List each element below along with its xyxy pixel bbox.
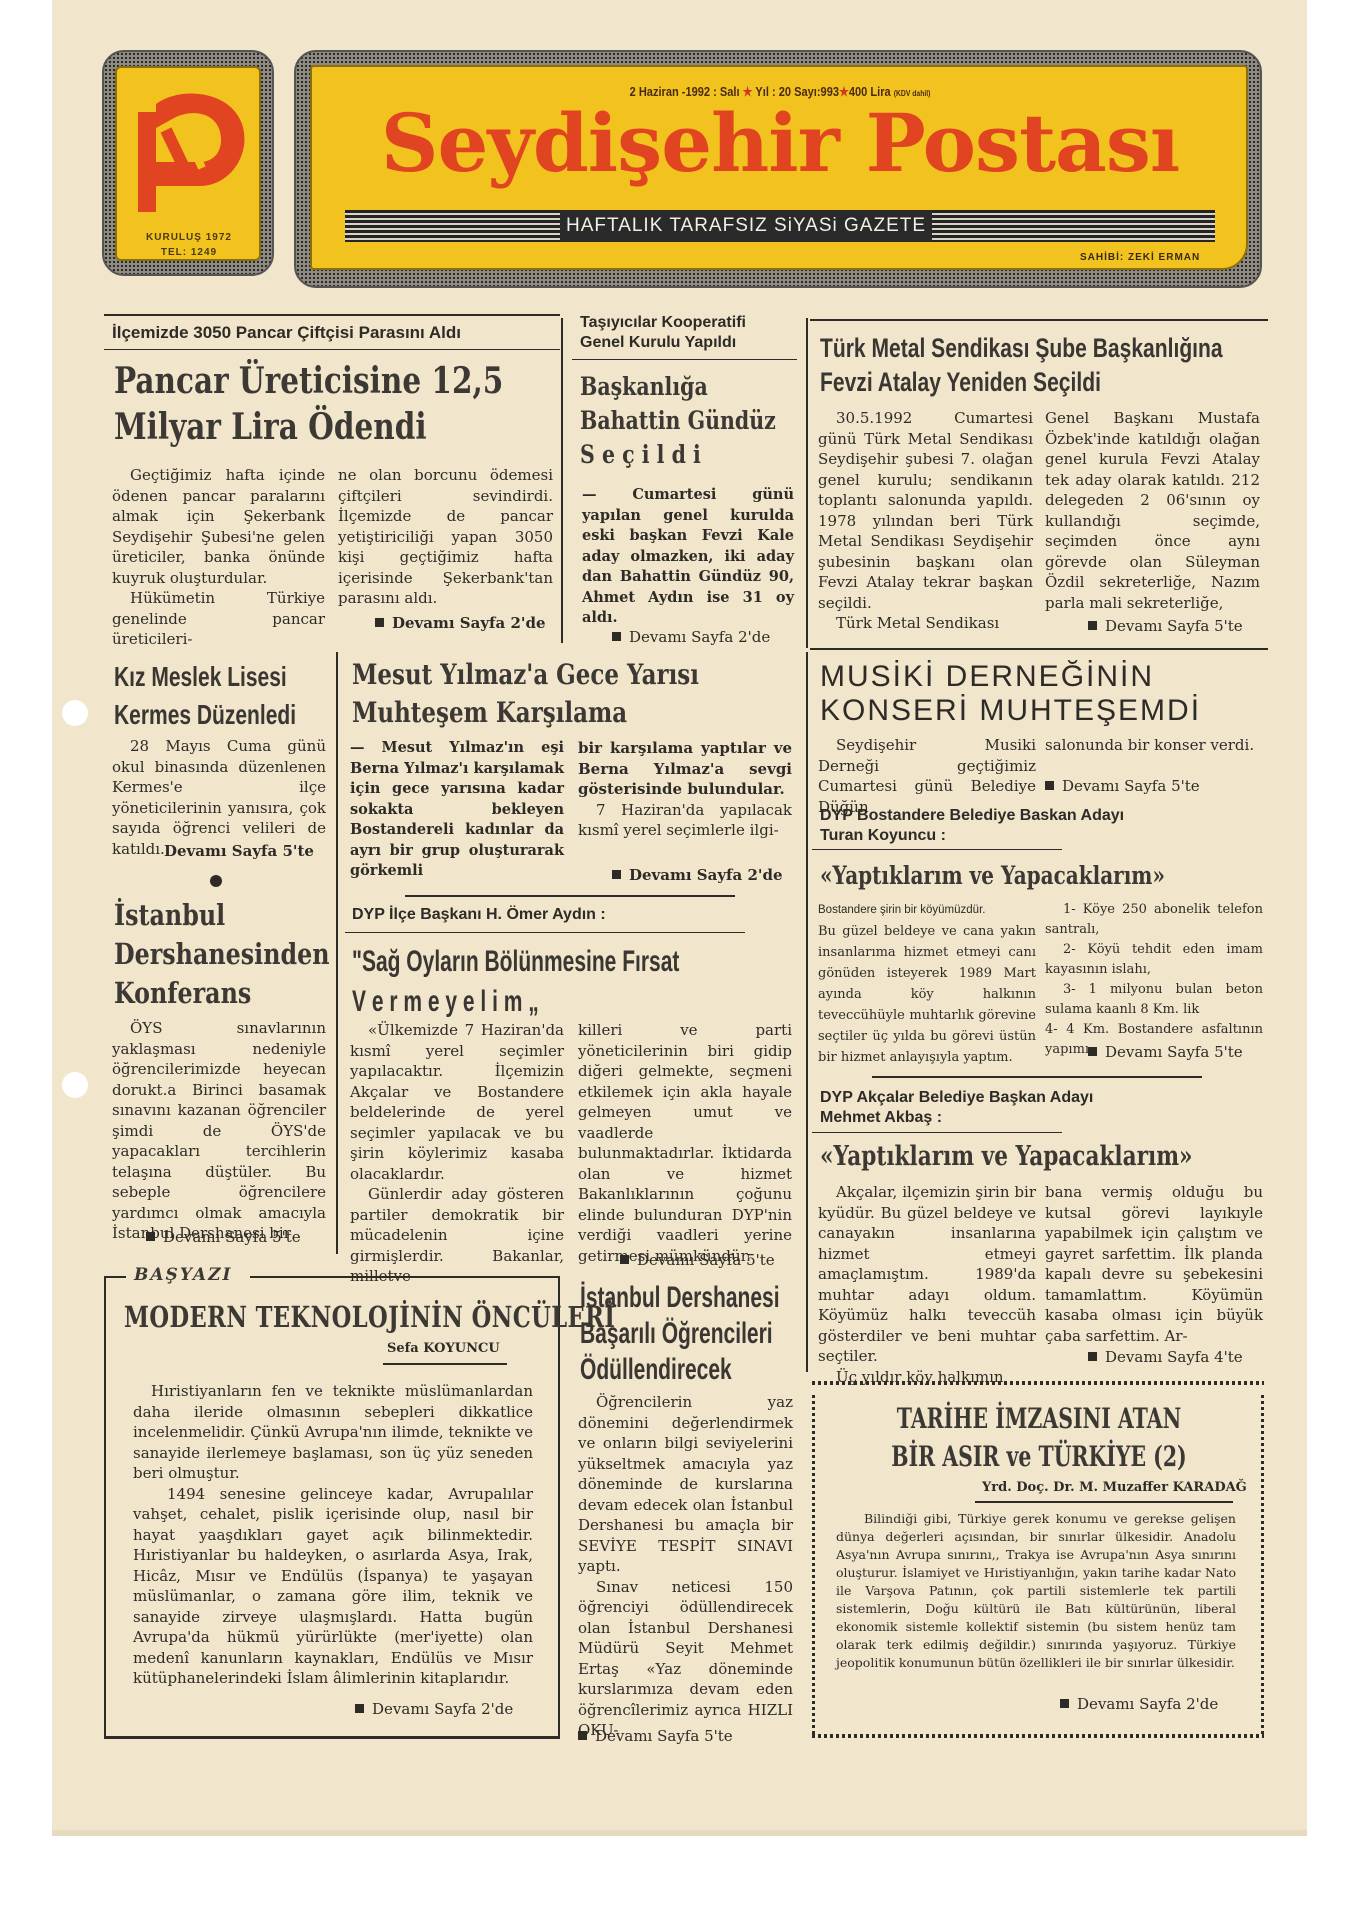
istanbul-dershanesi-body: Öğrencilerin yaz dönemini değerlendirmek… — [578, 1392, 793, 1741]
tagline: HAFTALIK TARAFSIZ SiYASi GAZETE — [560, 210, 932, 242]
mesut-yilmaz-continued-link[interactable]: Devamı Sayfa 2'de — [612, 866, 783, 884]
divider — [975, 1501, 1233, 1503]
turk-metal-continued-link[interactable]: Devamı Sayfa 5'te — [1088, 617, 1243, 635]
square-bullet-icon — [1088, 1352, 1097, 1361]
divider — [872, 1076, 1202, 1078]
list-item: 1- Köye 250 abonelik telefon santralı, — [1045, 900, 1263, 940]
konferans-body: ÖYS sınavlarının yaklaşması nedeniyle öğ… — [112, 1018, 326, 1244]
box-border — [558, 1276, 560, 1738]
tasiyicilar-body: — Cumartesi günü yapılan genel kurulda e… — [582, 485, 794, 629]
box-border-wavy — [812, 1734, 1264, 1738]
basyazi-headline: MODERN TEKNOLOJİNİN ÖNCÜLERİ — [124, 1300, 615, 1334]
divider — [405, 895, 735, 897]
punch-hole — [62, 1072, 88, 1098]
column-rule — [561, 318, 563, 643]
dyp-omer-headline: "Sağ Oyların Bölünmesine Fırsat V e r m … — [352, 942, 679, 1022]
tarihe-continued-link[interactable]: Devamı Sayfa 2'de — [1060, 1695, 1218, 1713]
divider — [810, 648, 1268, 650]
column-rule — [806, 652, 808, 1372]
turk-metal-col2: Genel Başkanı Mustafa Özbek'inde katıldı… — [1045, 408, 1260, 613]
akbas-kicker: DYP Akçalar Belediye Başkan Adayı Mehmet… — [820, 1088, 1093, 1128]
square-bullet-icon — [146, 1232, 155, 1241]
box-border — [104, 1276, 106, 1738]
turk-metal-headline: Türk Metal Sendikası Şube Başkanlığına F… — [820, 331, 1223, 399]
basyazi-body: Hıristiyanların fen ve teknikte müslüman… — [133, 1381, 533, 1689]
divider — [812, 1132, 1062, 1133]
square-bullet-icon — [578, 1731, 587, 1740]
square-bullet-icon — [1088, 621, 1097, 630]
column-rule — [336, 652, 338, 1254]
paragraph: Hükümetin Türkiye genelinde pancar üreti… — [112, 588, 325, 650]
konferans-continued-link[interactable]: Devamı Sayfa 5'te — [146, 1228, 301, 1246]
pancar-col2: ne olan borcunu ödemesi çiftçileri sevin… — [338, 465, 553, 609]
akbas-col2: bana vermiş olduğu bu kutsal görevi layı… — [1045, 1182, 1263, 1346]
tasiyicilar-headline: Başkanlığa Bahattin Gündüz S e ç i l d i — [580, 370, 776, 472]
musiki-col1: Seydişehir Musiki Derneği geçtiğimiz Cum… — [818, 735, 1036, 817]
divider — [812, 849, 1062, 850]
mesut-yilmaz-col2: bir karşılama yaptılar ve Berna Yılmaz'a… — [578, 738, 792, 841]
phone-number: TEL: 1249 — [130, 247, 248, 258]
mesut-yilmaz-headline: Mesut Yılmaz'a Gece Yarısı Muhteşem Karş… — [352, 656, 699, 732]
divider — [572, 359, 797, 360]
box-border-wavy — [812, 1395, 815, 1735]
tarihe-author: Yrd. Doç. Dr. M. Muzaffer KARADAĞ — [982, 1480, 1247, 1495]
divider — [383, 1363, 507, 1365]
akbas-col1: Akçalar, ilçemizin şirin bir kyüdür. Bu … — [818, 1182, 1036, 1387]
konferans-headline: İstanbul Dershanesinden Konferans — [114, 896, 330, 1013]
box-border-wavy — [812, 1381, 1264, 1385]
dyp-omer-kicker: DYP İlçe Başkanı H. Ömer Aydın : — [352, 906, 606, 924]
musiki-headline: MUSİKİ DERNEĞİNİN KONSERİ MUHTEŞEMDİ — [820, 660, 1201, 728]
basyazi-continued-link[interactable]: Devamı Sayfa 2'de — [355, 1700, 513, 1718]
dyp-omer-continued-link[interactable]: Devamı Sayfa 5'te — [620, 1251, 775, 1269]
square-bullet-icon — [375, 618, 384, 627]
square-bullet-icon — [612, 632, 621, 641]
musiki-col2: salonunda bir konser verdi. — [1045, 735, 1260, 756]
divider — [810, 319, 1268, 321]
square-bullet-icon — [612, 870, 621, 879]
pancar-headline: Pancar Üreticisine 12,5 Milyar Lira Öden… — [114, 358, 503, 450]
basyazi-label: BAŞYAZI — [134, 1265, 232, 1285]
turan-continued-link[interactable]: Devamı Sayfa 5'te — [1088, 1043, 1243, 1061]
akbas-headline: «Yaptıklarım ve Yapacaklarım» — [820, 1140, 1193, 1174]
dyp-omer-col1: «Ülkemizde 7 Haziran'da kısmî yerel seçi… — [350, 1020, 564, 1287]
tasiyicilar-kicker: Taşıyıcılar Kooperatifi Genel Kurulu Yap… — [580, 313, 746, 353]
page-edge — [52, 1830, 1307, 1836]
owner: SAHİBİ: ZEKİ ERMAN — [1080, 252, 1200, 263]
kermes-headline: Kız Meslek Lisesi Kermes Düzenledi — [114, 658, 296, 734]
list-item: 3- 1 milyonu bulan beton sulama kaanlı 8… — [1045, 980, 1263, 1020]
paragraph: ne olan borcunu ödemesi çiftçileri sevin… — [338, 465, 553, 609]
turk-metal-col1: 30.5.1992 Cumartesi günü Türk Metal Send… — [818, 408, 1033, 634]
istanbul-dershanesi-headline: İstanbul Dershanesi Başarılı Öğrencileri… — [580, 1280, 780, 1388]
divider — [345, 932, 745, 933]
pancar-col1: Geçtiğimiz hafta içinde ödenen pancar pa… — [112, 465, 325, 650]
founded-year: KURULUŞ 1972 — [130, 232, 248, 243]
mesut-yilmaz-col1: — Mesut Yılmaz'ın eşi Berna Yılmaz'ı kar… — [350, 738, 564, 882]
box-border-wavy — [1261, 1395, 1264, 1735]
newspaper-title: Seydişehir Postası — [320, 98, 1240, 188]
square-bullet-icon — [1060, 1699, 1069, 1708]
paragraph: Geçtiğimiz hafta içinde ödenen pancar pa… — [112, 465, 325, 588]
tarihe-headline: TARİHE İMZASINI ATAN BİR ASIR ve TÜRKİYE… — [820, 1400, 1258, 1476]
kermes-body: 28 Mayıs Cuma günü okul binasında düzenl… — [112, 736, 326, 859]
headline-line: Pancar Üreticisine 12,5 — [114, 358, 503, 404]
square-bullet-icon — [1088, 1047, 1097, 1056]
dyp-omer-col2: killeri ve parti yöneticilerinin biri gi… — [578, 1020, 792, 1266]
tasiyicilar-continued-link[interactable]: Devamı Sayfa 2'de — [612, 628, 770, 646]
box-border — [104, 1736, 560, 1739]
tarihe-body: Bilindiği gibi, Türkiye gerek konumu ve … — [836, 1510, 1236, 1672]
turan-col1: Bostandere şirin bir köyümüzdür. Bu güze… — [818, 900, 1036, 1068]
turan-headline: «Yaptıklarım ve Yapacaklarım» — [820, 860, 1165, 892]
divider — [104, 314, 560, 316]
square-bullet-icon — [620, 1255, 629, 1264]
pancar-continued-link[interactable]: Devamı Sayfa 2'de — [375, 614, 546, 632]
turan-kicker: DYP Bostandere Belediye Baskan Adayı Tur… — [820, 806, 1124, 846]
divider — [104, 349, 560, 350]
square-bullet-icon — [1045, 781, 1054, 790]
istanbul-dershanesi-continued-link[interactable]: Devamı Sayfa 5'te — [578, 1727, 733, 1745]
divider — [250, 1276, 560, 1278]
musiki-continued-link[interactable]: Devamı Sayfa 5'te — [1045, 777, 1200, 795]
list-item: 2- Köyü tehdit eden imam kayasının islah… — [1045, 940, 1263, 980]
basyazi-author: Sefa KOYUNCU — [387, 1341, 500, 1356]
kermes-continued-link[interactable]: Devamı Sayfa 5'te — [164, 842, 314, 860]
punch-hole — [62, 700, 88, 726]
divider — [104, 1276, 126, 1278]
square-bullet-icon — [355, 1704, 364, 1713]
pancar-kicker: İlçemizde 3050 Pancar Çiftçisi Parasını … — [112, 323, 461, 343]
akbas-continued-link[interactable]: Devamı Sayfa 4'te — [1088, 1348, 1243, 1366]
headline-line: Milyar Lira Ödendi — [114, 404, 503, 450]
sp-logo-icon — [130, 90, 248, 216]
bullet-dot-icon — [210, 875, 222, 887]
column-rule — [806, 318, 808, 648]
turan-items: 1- Köye 250 abonelik telefon santralı, 2… — [1045, 900, 1263, 1060]
